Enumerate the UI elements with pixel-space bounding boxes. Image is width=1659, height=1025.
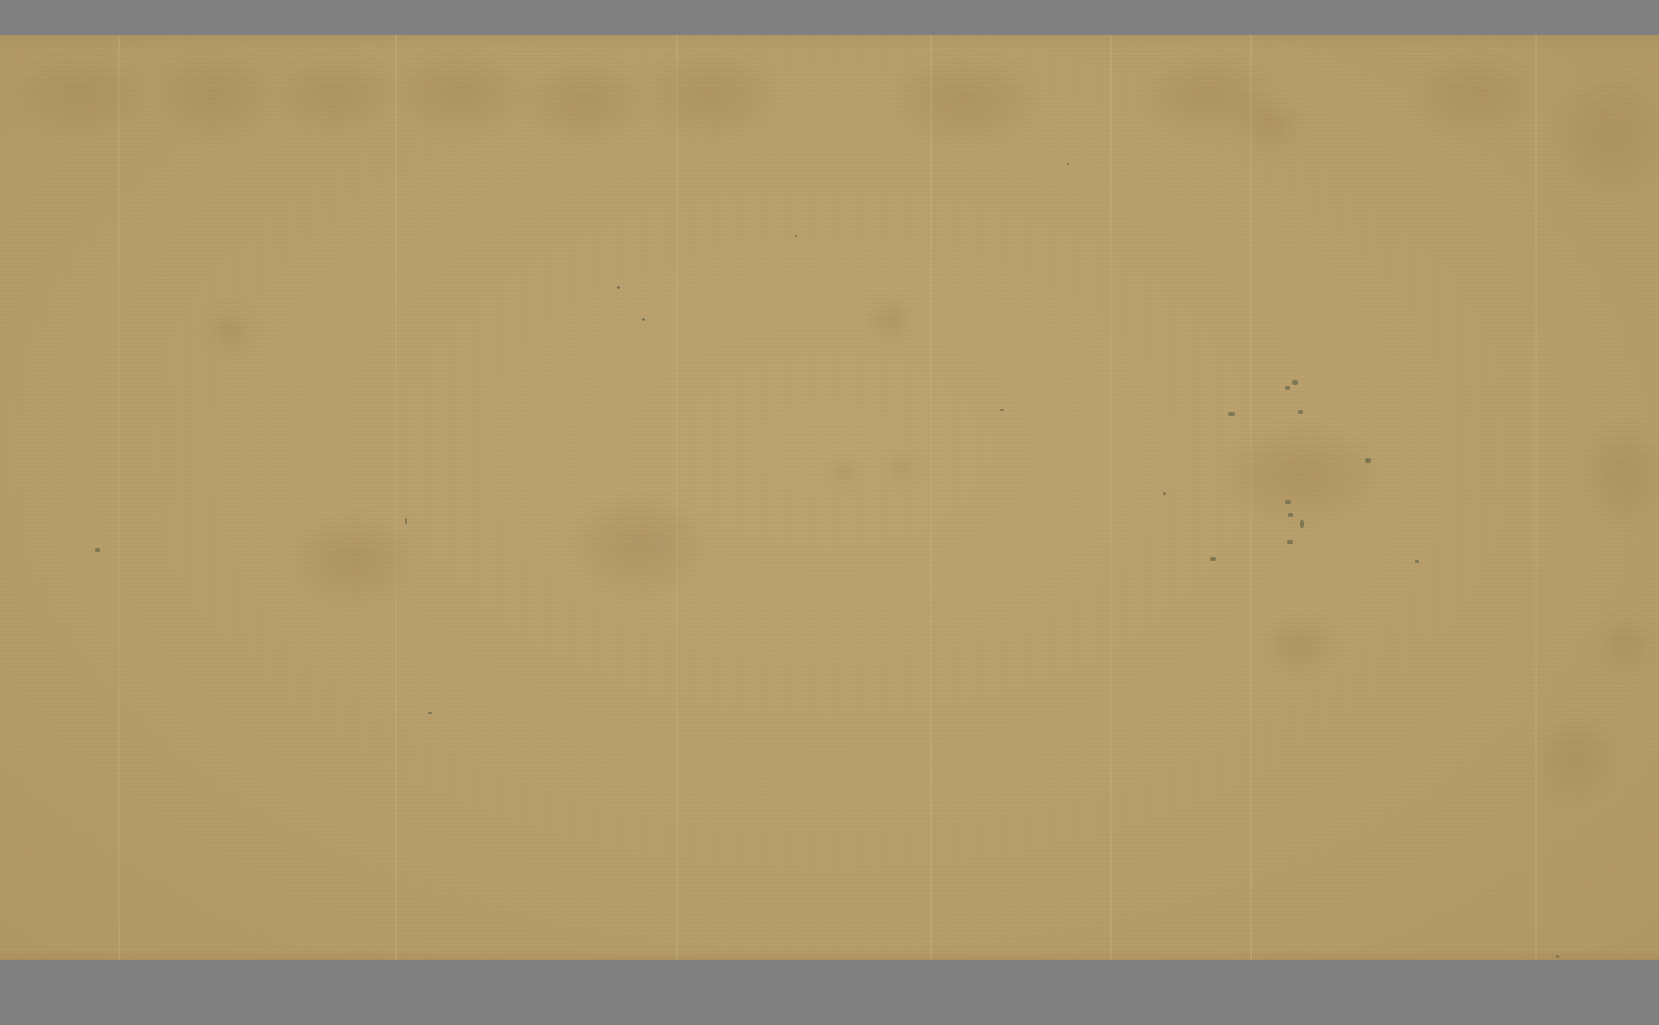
stain-blotch <box>890 455 914 481</box>
stain-blotch <box>650 55 770 135</box>
stain-blotch <box>280 60 390 130</box>
ink-speck <box>1285 500 1291 504</box>
ink-speck <box>617 286 620 289</box>
stain-blotch <box>1240 100 1300 150</box>
ink-speck <box>795 235 797 237</box>
stain-blotch <box>1540 720 1610 800</box>
ink-speck <box>1300 520 1304 528</box>
fold-crease <box>118 35 120 960</box>
stain-blotch <box>400 55 520 130</box>
stain-blotch <box>20 60 140 130</box>
stain-blotch <box>160 55 270 135</box>
stain-blotch <box>210 310 250 350</box>
fold-crease <box>395 35 397 960</box>
stain-blotch <box>1600 620 1650 670</box>
stain-blotch <box>870 300 910 340</box>
stain-blotch <box>1420 60 1530 130</box>
ink-speck <box>1228 412 1235 416</box>
stain-blotch <box>1590 430 1659 520</box>
stain-blotch <box>900 60 1030 140</box>
paper-sheet <box>0 35 1659 960</box>
ink-speck <box>95 548 100 552</box>
ink-speck <box>1067 163 1069 165</box>
stain-blotch <box>1270 620 1330 670</box>
ink-speck <box>1000 409 1004 411</box>
ink-speck <box>642 318 645 321</box>
fold-crease <box>930 35 932 960</box>
scanner-backdrop <box>0 0 1659 1025</box>
ink-speck <box>1285 386 1290 390</box>
stain-blotch <box>1560 80 1659 190</box>
stain-blotch <box>1230 430 1370 520</box>
fold-crease <box>1535 35 1537 960</box>
stain-blotch <box>530 65 640 135</box>
ink-speck <box>405 518 407 524</box>
ink-speck <box>1556 955 1559 958</box>
fold-crease <box>1110 35 1112 960</box>
stain-blotch <box>830 460 854 484</box>
stain-blotch <box>580 500 700 590</box>
ink-speck <box>1210 557 1216 561</box>
stain-blotch <box>300 520 410 600</box>
ink-speck <box>1288 513 1293 517</box>
ink-speck <box>1287 540 1293 544</box>
ink-speck <box>1163 492 1166 495</box>
ink-speck <box>1292 380 1298 385</box>
fold-crease <box>676 35 678 960</box>
ink-speck <box>1365 458 1371 463</box>
ink-speck <box>428 712 432 714</box>
ink-speck <box>1298 410 1303 414</box>
ink-speck <box>1415 560 1419 563</box>
